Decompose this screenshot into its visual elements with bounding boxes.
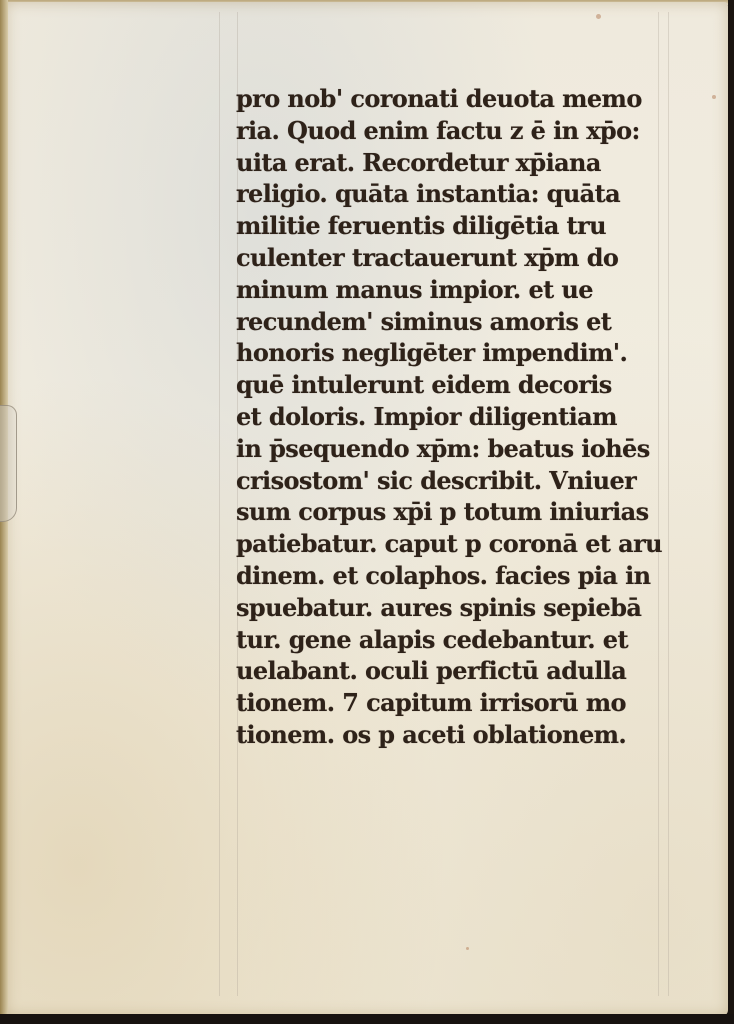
text-column: pro nob' coronati deuota memo ria. Quod … [236, 83, 666, 751]
text-line: culenter tractauerunt xp̄m do [236, 242, 666, 274]
background-edge [0, 1014, 734, 1024]
text-line: quē intulerunt eidem decoris [236, 369, 666, 401]
ruling-line [219, 12, 220, 996]
text-line: religio. quāta instantia: quāta [236, 178, 666, 210]
text-line: tionem. 7 capitum irrisorū mo [236, 687, 666, 719]
text-line: spuebatur. aures spinis sepiebā [236, 592, 666, 624]
text-line: uita erat. Recordetur xp̄iana [236, 147, 666, 179]
text-line: patiebatur. caput p coronā et aru [236, 528, 666, 560]
text-line: militie feruentis diligētia tru [236, 210, 666, 242]
text-line: tionem. os p aceti oblationem. [236, 719, 666, 751]
text-line: honoris negligēter impendim'. [236, 337, 666, 369]
text-line: et doloris. Impior diligentiam [236, 401, 666, 433]
text-line: dinem. et colaphos. facies pia in [236, 560, 666, 592]
text-line: uelabant. oculi perfictū adulla [236, 655, 666, 687]
text-line: crisostom' sic describit. Vniuer [236, 465, 666, 497]
binding-tab [0, 405, 17, 522]
ruling-line [668, 12, 669, 996]
text-line: ria. Quod enim factu z ē in xp̄o: [236, 115, 666, 147]
text-line: pro nob' coronati deuota memo [236, 83, 666, 115]
text-line: minum manus impior. et ue [236, 274, 666, 306]
text-line: sum corpus xp̄i p totum iniurias [236, 496, 666, 528]
text-line: in p̄sequendo xp̄m: beatus iohēs [236, 433, 666, 465]
text-line: tur. gene alapis cedebantur. et [236, 624, 666, 656]
stain [596, 14, 601, 19]
stain [712, 95, 716, 99]
text-line: recundem' siminus amoris et [236, 306, 666, 338]
stain [466, 947, 469, 950]
